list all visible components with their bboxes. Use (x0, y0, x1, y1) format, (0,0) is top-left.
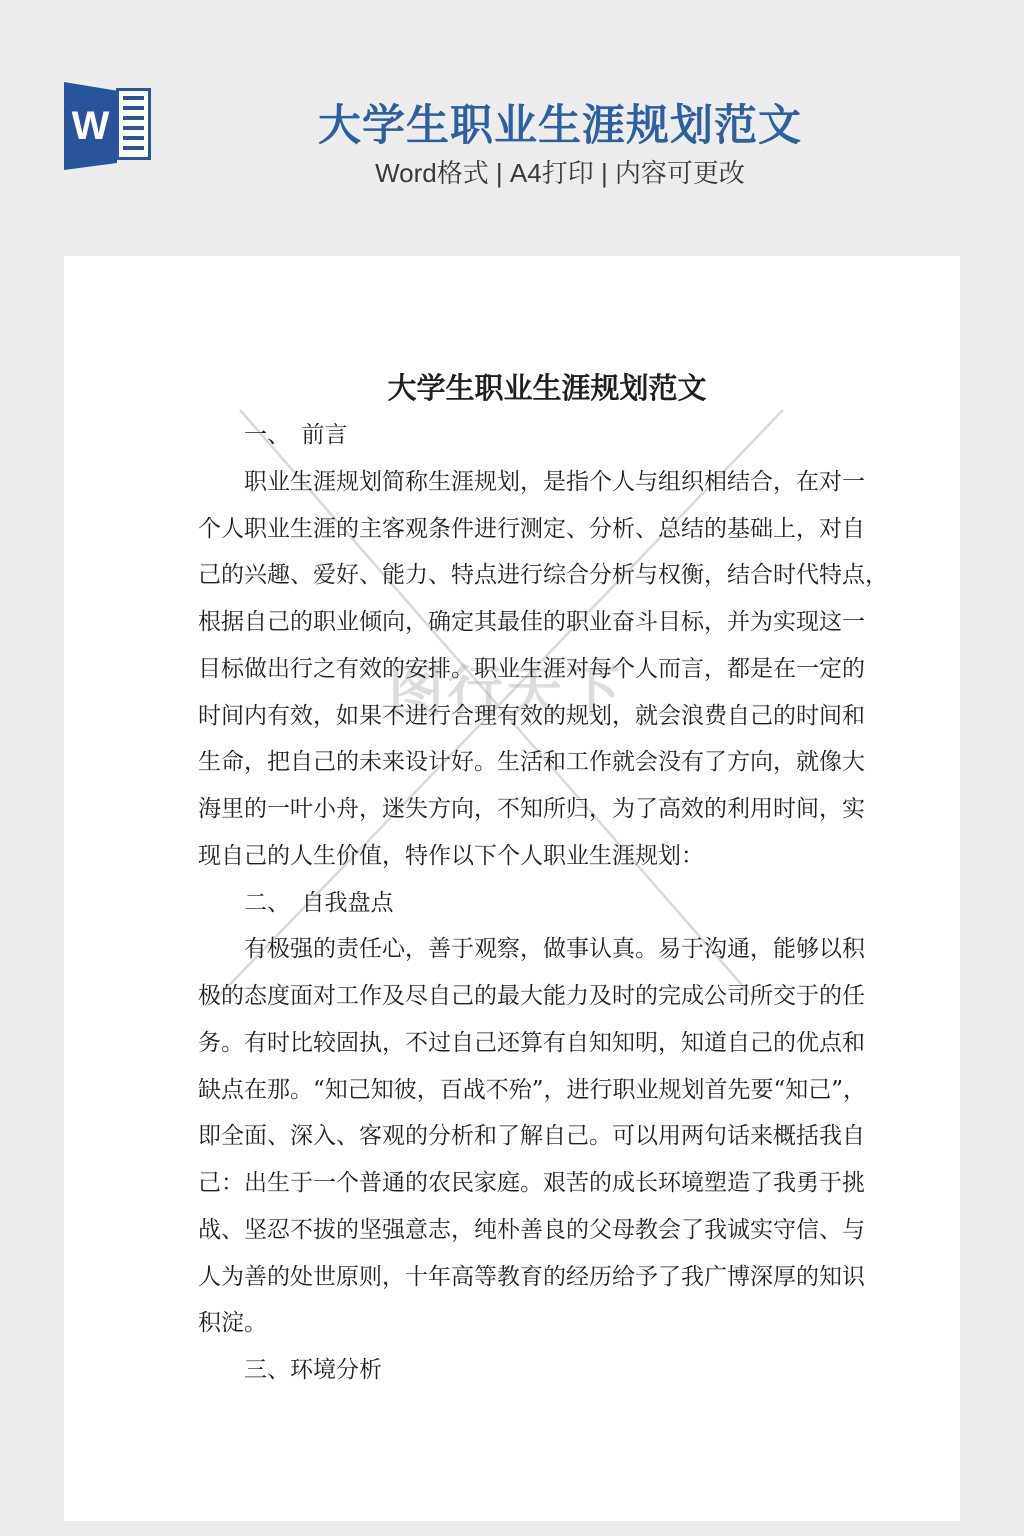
word-logo-icon: W (64, 82, 117, 170)
document-line: 时间内有效，如果不进行合理有效的规划，就会浪费自己的时间和 (198, 693, 820, 740)
word-file-icon: W (64, 82, 152, 170)
template-subtitle: Word格式 | A4打印 | 内容可更改 (160, 153, 960, 190)
document-line: 二、 自我盘点 (198, 880, 820, 927)
document-line: 战、坚忍不拔的坚强意志，纯朴善良的父母教会了我诚实守信、与 (198, 1207, 820, 1254)
document-line: 人为善的处世原则，十年高等教育的经历给予了我广博深厚的知识 (198, 1254, 820, 1301)
document-body: 一、 前言职业生涯规划简称生涯规划，是指个人与组织相结合，在对一个人职业生涯的主… (198, 412, 820, 1394)
document-line: 海里的一叶小舟，迷失方向，不知所归，为了高效的利用时间，实 (198, 786, 820, 833)
document-line: 缺点在那。“知己知彼，百战不殆”，进行职业规划首先要“知己”， (198, 1067, 820, 1114)
document-line: 己的兴趣、爱好、能力、特点进行综合分析与权衡，结合时代特点， (198, 552, 820, 599)
document-content: 大学生职业生涯规划范文 一、 前言职业生涯规划简称生涯规划，是指个人与组织相结合… (198, 364, 820, 1394)
document-line: 有极强的责任心，善于观察，做事认真。易于沟通，能够以积 (198, 926, 820, 973)
document-line: 根据自己的职业倾向，确定其最佳的职业奋斗目标，并为实现这一 (198, 599, 820, 646)
word-logo-letter: W (72, 106, 110, 146)
document-line: 目标做出行之有效的安排。职业生涯对每个人而言，都是在一定的 (198, 646, 820, 693)
document-line: 职业生涯规划简称生涯规划，是指个人与组织相结合，在对一 (198, 459, 820, 506)
document-line: 务。有时比较固执，不过自己还算有自知知明，知道自己的优点和 (198, 1020, 820, 1067)
document-sheet-icon (116, 88, 151, 160)
document-line: 个人职业生涯的主客观条件进行测定、分析、总结的基础上，对自 (198, 506, 820, 553)
template-preview: W 大学生职业生涯规划范文 Word格式 | A4打印 | 内容可更改 图行天下… (0, 0, 1024, 1536)
document-line: 极的态度面对工作及尽自己的最大能力及时的完成公司所交于的任 (198, 973, 820, 1020)
document-line: 一、 前言 (198, 412, 820, 459)
document-sheet-lines-icon (123, 96, 144, 152)
template-title: 大学生职业生涯规划范文 (160, 92, 960, 153)
document-line: 即全面、深入、客观的分析和了解自己。可以用两句话来概括我自 (198, 1113, 820, 1160)
document-title: 大学生职业生涯规划范文 (198, 364, 820, 412)
document-line: 己：出生于一个普通的农民家庭。艰苦的成长环境塑造了我勇于挑 (198, 1160, 820, 1207)
document-line: 现自己的人生价值，特作以下个人职业生涯规划： (198, 833, 820, 880)
document-line: 积淀。 (198, 1300, 820, 1347)
document-line: 生命，把自己的未来设计好。生活和工作就会没有了方向，就像大 (198, 739, 820, 786)
document-page: 图行天下 大学生职业生涯规划范文 一、 前言职业生涯规划简称生涯规划，是指个人与… (64, 256, 960, 1521)
document-line: 三、环境分析 (198, 1347, 820, 1394)
